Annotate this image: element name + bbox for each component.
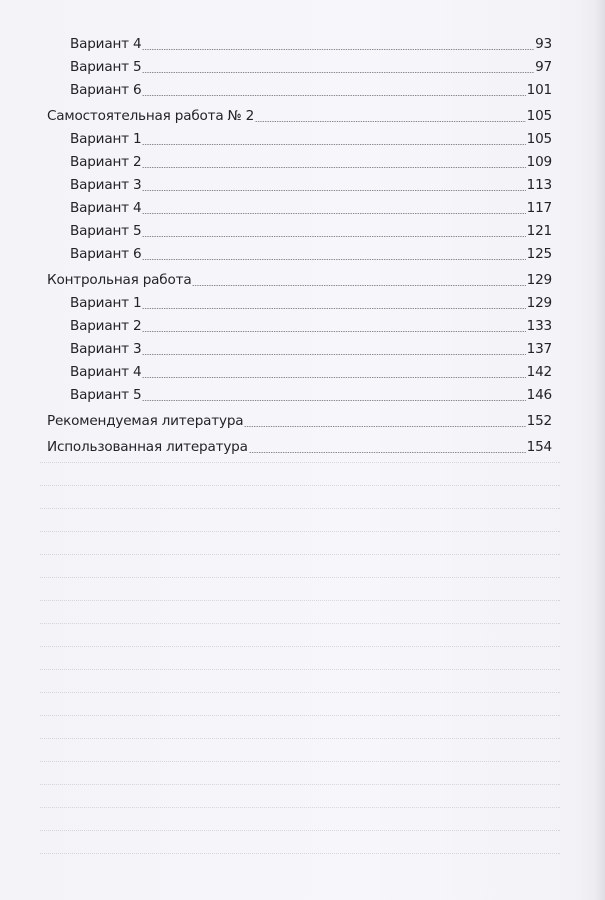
toc-entry-title: Вариант 6 [70,243,141,266]
dot-leader [142,236,525,237]
toc-entry-title: Вариант 1 [70,292,141,315]
toc-subsection-entry: Вариант 3113 [47,174,552,197]
toc-entry-page-number: 133 [527,315,552,338]
toc-entry-page-number: 97 [535,56,552,79]
toc-entry-title: Использованная литература [47,436,248,459]
toc-entry-title: Вариант 4 [70,361,141,384]
toc-subsection-entry: Вариант 493 [47,33,552,56]
toc-entry-page-number: 121 [527,220,552,243]
toc-subsection-entry: Вариант 6125 [47,243,552,266]
dot-leader [249,452,526,453]
dot-leader [142,167,525,168]
toc-entry-title: Вариант 1 [70,128,141,151]
toc-entry-title: Вариант 5 [70,220,141,243]
toc-section-entry: Контрольная работа129 [47,269,552,292]
toc-entry-title: Вариант 2 [70,315,141,338]
dot-leader [142,354,525,355]
toc-subsection-entry: Вариант 4117 [47,197,552,220]
dot-leader [142,95,525,96]
dot-leader [142,400,525,401]
toc-entry-page-number: 117 [527,197,552,220]
toc-entry-page-number: 129 [527,292,552,315]
dot-leader [142,213,525,214]
toc-entry-page-number: 109 [527,151,552,174]
page-edge-shadow [595,0,605,900]
toc-subsection-entry: Вариант 6101 [47,79,552,102]
dot-leader [142,72,534,73]
dot-leader [255,121,526,122]
toc-entry-page-number: 93 [535,33,552,56]
toc-entry-title: Самостоятельная работа № 2 [47,105,254,128]
toc-section-entry: Рекомендуемая литература152 [47,410,552,433]
toc-entry-title: Рекомендуемая литература [47,410,243,433]
toc-entry-title: Вариант 2 [70,151,141,174]
toc-entry-title: Вариант 4 [70,33,141,56]
dot-leader [142,259,525,260]
toc-subsection-entry: Вариант 2109 [47,151,552,174]
toc-entry-page-number: 152 [527,410,552,433]
toc-entry-page-number: 125 [527,243,552,266]
toc-section-entry: Использованная литература154 [47,436,552,459]
toc-entry-title: Вариант 5 [70,56,141,79]
toc-entry-page-number: 154 [527,436,552,459]
toc-entry-page-number: 113 [527,174,552,197]
toc-entry-title: Вариант 4 [70,197,141,220]
dot-leader [142,49,534,50]
dot-leader [142,331,525,332]
bleed-through-text [40,440,560,854]
dot-leader [142,377,525,378]
toc-entry-page-number: 142 [527,361,552,384]
toc-entry-page-number: 105 [527,128,552,151]
toc-entry-title: Вариант 3 [70,338,141,361]
document-page: Вариант 493Вариант 597Вариант 6101Самост… [0,0,605,900]
dot-leader [244,426,525,427]
dot-leader [142,190,525,191]
toc-subsection-entry: Вариант 4142 [47,361,552,384]
table-of-contents: Вариант 493Вариант 597Вариант 6101Самост… [47,33,552,459]
toc-subsection-entry: Вариант 3137 [47,338,552,361]
toc-subsection-entry: Вариант 1105 [47,128,552,151]
toc-entry-page-number: 101 [527,79,552,102]
toc-entry-page-number: 146 [527,384,552,407]
dot-leader [142,308,525,309]
toc-section-entry: Самостоятельная работа № 2105 [47,105,552,128]
toc-entry-title: Вариант 6 [70,79,141,102]
toc-entry-title: Вариант 5 [70,384,141,407]
toc-entry-title: Контрольная работа [47,269,191,292]
toc-subsection-entry: Вариант 5121 [47,220,552,243]
toc-subsection-entry: Вариант 1129 [47,292,552,315]
dot-leader [142,144,525,145]
toc-entry-page-number: 105 [527,105,552,128]
toc-entry-title: Вариант 3 [70,174,141,197]
toc-subsection-entry: Вариант 597 [47,56,552,79]
toc-entry-page-number: 137 [527,338,552,361]
dot-leader [192,285,525,286]
toc-subsection-entry: Вариант 5146 [47,384,552,407]
toc-subsection-entry: Вариант 2133 [47,315,552,338]
toc-entry-page-number: 129 [527,269,552,292]
